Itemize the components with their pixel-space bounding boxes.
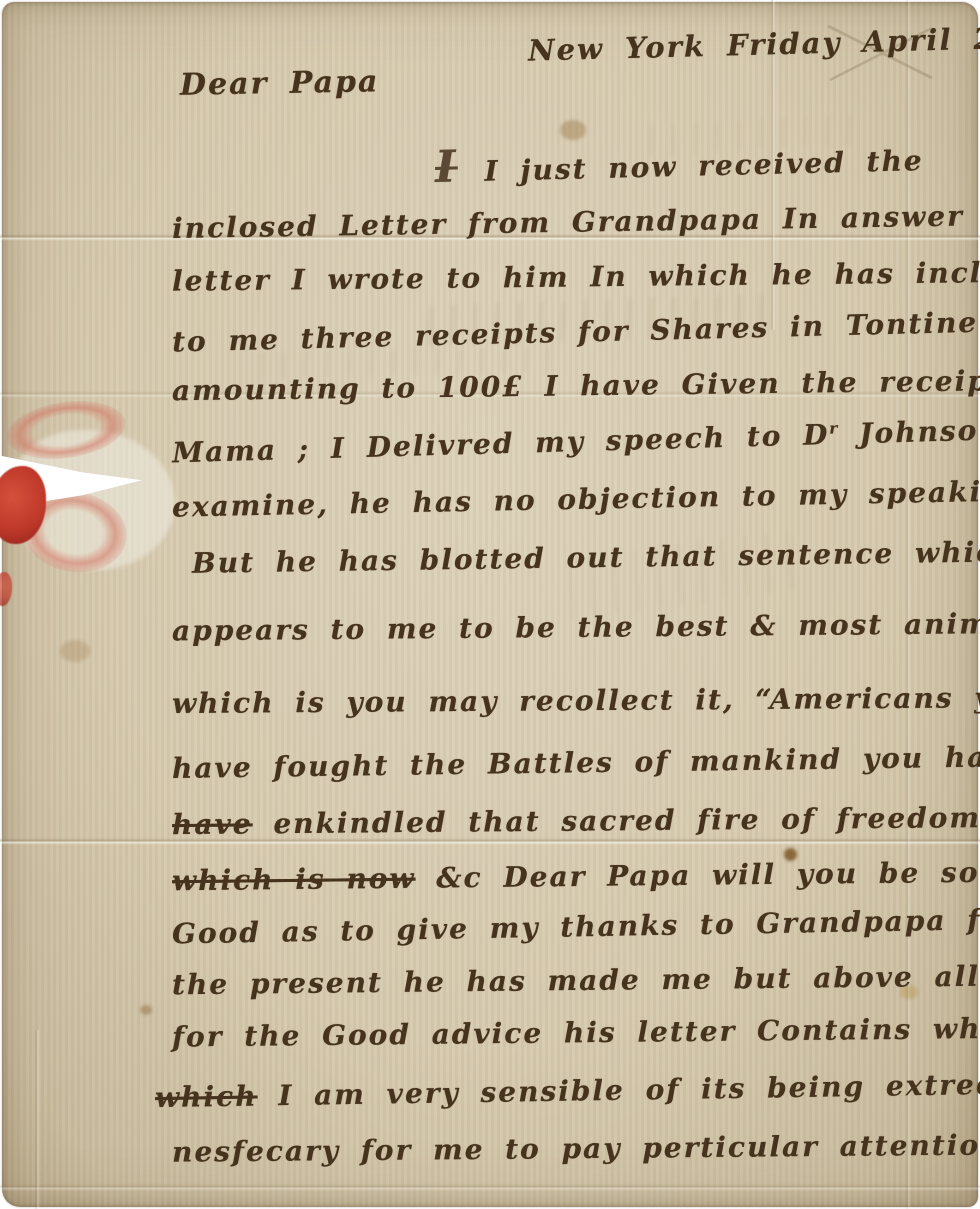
letter-text: which is you may recollect it, “American… xyxy=(172,681,980,720)
letter-text: enkindled that sacred fire of freedom, xyxy=(252,801,980,841)
letter-text: Johnson to xyxy=(838,412,980,451)
letter-salutation: Dear Papa xyxy=(180,64,380,102)
letter-line: nesfecary for me to pay perticular atten… xyxy=(172,1128,980,1168)
stain-spot xyxy=(60,640,90,662)
letter-text-struck: which xyxy=(155,1079,258,1114)
letter-text: Dear Papa xyxy=(180,64,380,102)
letter-line: have enkindled that sacred fire of freed… xyxy=(172,800,980,841)
letter-line: which is you may recollect it, “American… xyxy=(172,681,980,720)
fold-crease-horizontal xyxy=(0,1184,980,1191)
letter-text: &c Dear Papa will you be so xyxy=(415,856,979,895)
letter-text-struck-flourish: I xyxy=(434,141,464,193)
scanned-letter-page: { "colors":{ "background":"#ffffff", "pa… xyxy=(0,0,980,1209)
letter-text-struck: which is now xyxy=(172,862,416,898)
stain-spot xyxy=(560,120,586,140)
letter-text: nesfecary for me to pay perticular atten… xyxy=(172,1128,980,1168)
letter-text-struck: have xyxy=(172,807,253,841)
fold-crease-vertical xyxy=(34,1030,40,1209)
fold-crease-horizontal xyxy=(0,838,980,845)
stain-spot xyxy=(140,1005,152,1015)
letter-text: I just now received the xyxy=(463,144,924,188)
letter-text-sup: r xyxy=(829,419,839,437)
